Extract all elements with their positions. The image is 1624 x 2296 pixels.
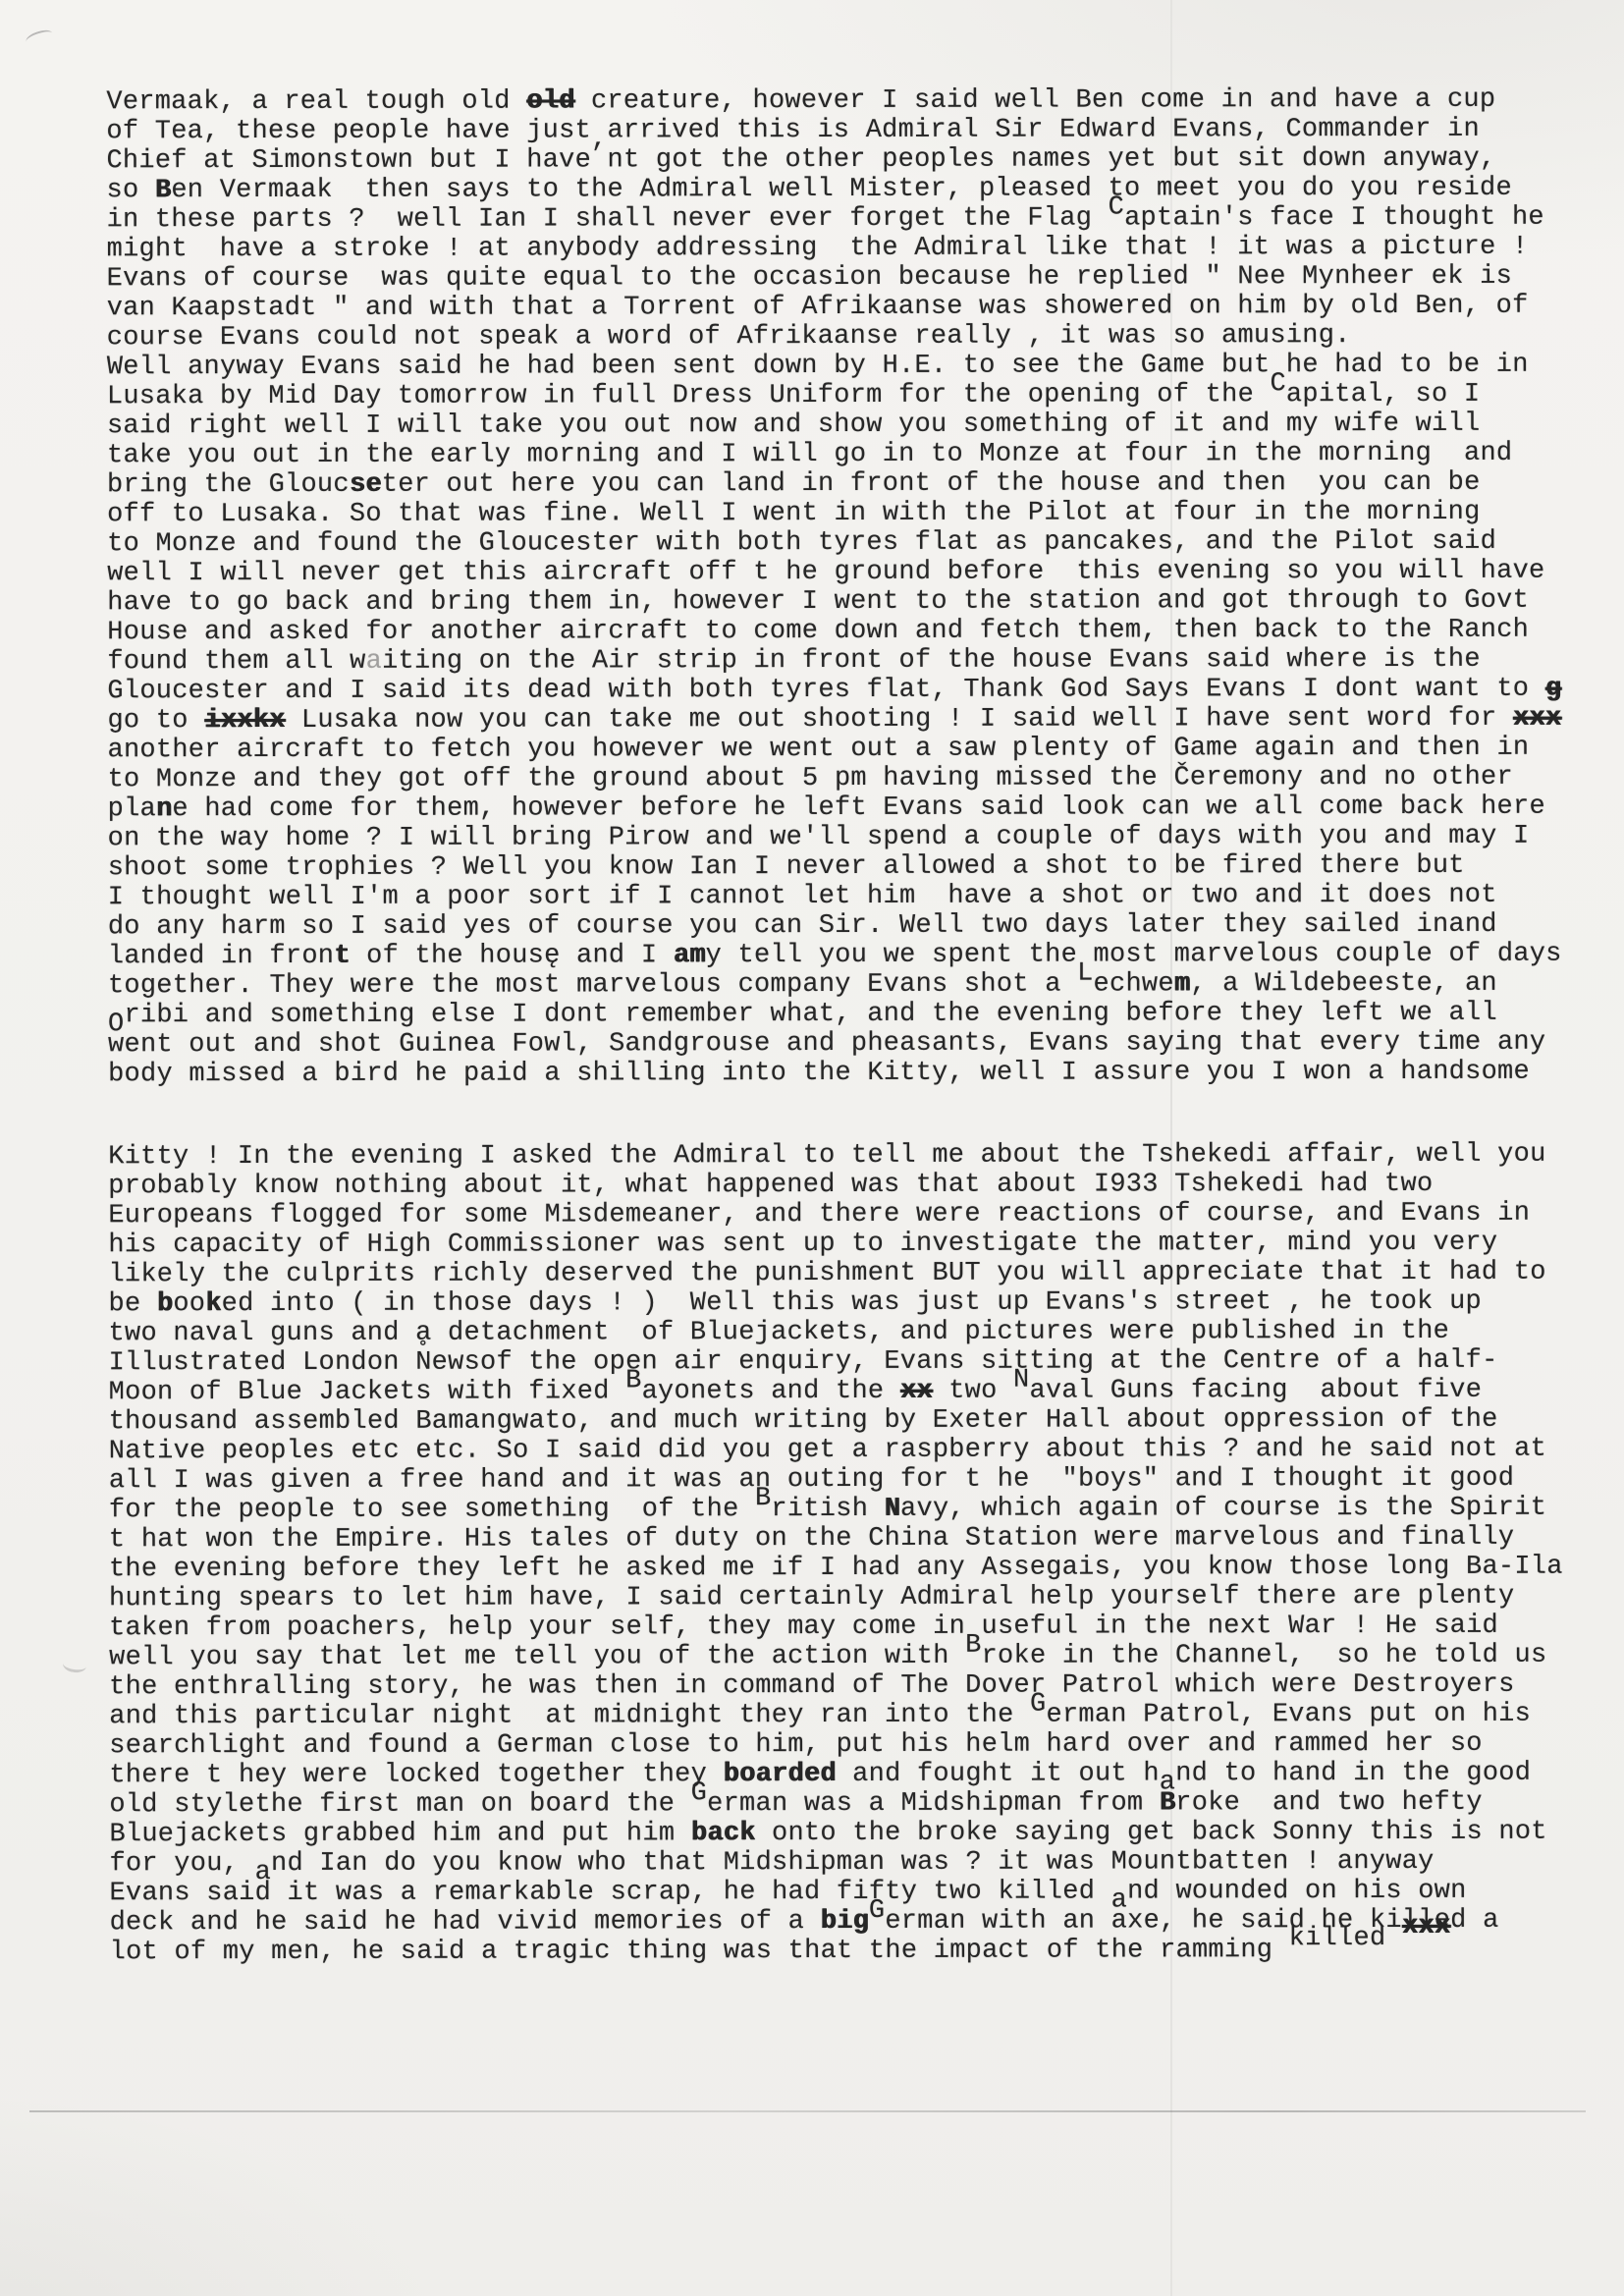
- text-segment: bring the Glouc: [107, 470, 350, 500]
- text-segment: for you,: [109, 1849, 254, 1879]
- text-line: the enthralling story, he was then in co…: [109, 1670, 1563, 1703]
- text-line: I thought well I'm a poor sort if I cann…: [108, 881, 1562, 913]
- text-segment: there t hey were locked together they: [109, 1760, 723, 1790]
- text-segment: boarded: [724, 1760, 837, 1789]
- text-segment: off to Lusaka. So that was fine. Well I …: [107, 498, 1481, 529]
- text-segment: landed in fron: [108, 942, 334, 971]
- text-segment: Gloucester and I said its dead with both…: [107, 675, 1544, 707]
- text-segment: for the people to see something of the: [109, 1495, 755, 1525]
- text-segment: ayonets and the: [642, 1377, 900, 1406]
- text-line: all I was given a free hand and it was a…: [109, 1464, 1563, 1497]
- text-segment: , a Wildebeeste, an: [1190, 969, 1497, 1000]
- text-segment: be: [108, 1289, 156, 1319]
- text-segment: se: [350, 470, 382, 500]
- text-segment: echwe: [1094, 969, 1174, 999]
- text-segment: G: [1030, 1690, 1047, 1720]
- text-line: for the people to see something of the B…: [109, 1494, 1563, 1526]
- text-segment: apital, so I: [1286, 380, 1480, 410]
- text-line: have to go back and bring them in, howev…: [107, 586, 1561, 619]
- text-line: Bluejackets grabbed him and put him back…: [109, 1818, 1563, 1850]
- text-line: Kitty ! In the evening I asked the Admir…: [108, 1140, 1562, 1173]
- text-line: be booked into ( in those days ! ) Well …: [108, 1287, 1562, 1320]
- text-segment: said right well I will take you out now …: [107, 410, 1481, 441]
- text-segment: a: [366, 647, 383, 677]
- text-segment: back: [691, 1819, 756, 1848]
- text-segment: b: [157, 1289, 174, 1319]
- text-segment: iting on the Air strip in front of the h…: [382, 645, 1481, 677]
- text-segment: ter out here you can land in front of th…: [382, 468, 1481, 500]
- text-segment: oo: [173, 1289, 205, 1319]
- text-line: found them all waiting on the Air strip …: [107, 645, 1561, 678]
- paragraph-1: Vermaak, a real tough old old creature, …: [106, 85, 1562, 1090]
- text-segment: m: [1174, 969, 1191, 999]
- text-line: in these parts ? well Ian I shall never …: [107, 203, 1561, 236]
- text-segment: course Evans could not speak a word of A…: [107, 321, 1351, 353]
- text-segment: B: [625, 1366, 642, 1395]
- text-segment: taken from poachers, help your self, the…: [109, 1612, 1498, 1643]
- text-line: of Tea, these people have just,arrived t…: [106, 115, 1560, 147]
- text-segment: Chief at Simonstown but I have nt got th…: [106, 144, 1495, 176]
- text-segment: killed: [1289, 1924, 1386, 1953]
- text-line: there t hey were locked together they bo…: [109, 1759, 1563, 1791]
- text-line: to Monze and found the Gloucester with b…: [107, 527, 1561, 560]
- text-segment: n: [156, 794, 173, 824]
- text-line: taken from poachers, help your self, the…: [109, 1612, 1563, 1644]
- text-line: shoot some trophies ? Well you know Ian …: [108, 851, 1562, 884]
- text-segment: creature, however I said well Ben come i…: [574, 85, 1495, 117]
- horizontal-crease-line: [29, 2110, 1586, 2112]
- text-line: van Kaapstadt " and with that a Torrent …: [107, 292, 1561, 324]
- text-segment: Native peoples etc etc. So I said did yo…: [109, 1435, 1546, 1467]
- text-line: Oribi and something else I dont remember…: [108, 999, 1562, 1031]
- text-line: Europeans flogged for some Misdemeaner, …: [108, 1199, 1562, 1231]
- text-segment: body missed a bird he paid a shilling in…: [108, 1058, 1530, 1090]
- text-segment: thousand assembled Bamangwato, and much …: [109, 1405, 1498, 1437]
- text-segment: pla: [108, 794, 156, 824]
- text-segment: ixxkx: [204, 706, 285, 736]
- text-segment: shoot some trophies ? Well you know Ian …: [108, 851, 1465, 883]
- text-segment: L: [1077, 959, 1094, 989]
- margin-smudge: [62, 1656, 87, 1673]
- text-segment: aptain's face I thought he: [1124, 203, 1544, 234]
- text-segment: avy, which again of course is the Spirit: [900, 1494, 1546, 1524]
- text-segment: N: [1013, 1366, 1030, 1395]
- text-segment: well I will never get this aircraft off …: [107, 557, 1544, 589]
- text-segment: found them all w: [107, 647, 365, 677]
- text-segment: ed into ( in those days ! ) Well this wa…: [222, 1287, 1482, 1319]
- text-segment: a: [1111, 1886, 1128, 1915]
- text-segment: t: [334, 942, 351, 971]
- text-line: for you, and Ian do you know who that Mi…: [109, 1847, 1563, 1880]
- text-segment: a: [255, 1858, 272, 1887]
- text-segment: went out and shot Guinea Fowl, Sandgrous…: [108, 1028, 1545, 1061]
- text-line: said right well I will take you out now …: [107, 410, 1561, 442]
- text-segment: Illustrated London Newsof the open air e…: [109, 1346, 1498, 1378]
- text-segment: lot of my men, he said a tragic thing wa…: [110, 1936, 1289, 1967]
- text-segment: and this particular night at midnight th…: [109, 1701, 1030, 1732]
- text-segment: B: [155, 176, 172, 205]
- paragraph-2: Kitty ! In the evening I asked the Admir…: [108, 1140, 1563, 1968]
- text-segment: House and asked for another aircraft to …: [107, 616, 1529, 648]
- text-line: old stylethe first man on board the Germ…: [109, 1788, 1563, 1821]
- text-line: Evans said it was a remarkable scrap, he…: [110, 1877, 1564, 1909]
- text-line: on the way home ? I will bring Pirow and…: [108, 822, 1562, 854]
- text-segment: in these parts ? well Ian I shall never …: [107, 204, 1109, 236]
- text-segment: likely the culprits richly deserved the …: [108, 1258, 1545, 1290]
- text-line: to Monze and they got off the ground abo…: [108, 763, 1562, 795]
- text-segment: probably know nothing about it, what hap…: [108, 1170, 1433, 1201]
- text-segment: searchlight and found a German close to …: [109, 1729, 1483, 1761]
- text-segment: G: [691, 1778, 708, 1808]
- text-segment: old: [526, 86, 574, 116]
- text-segment: old stylethe first man on board the: [109, 1789, 690, 1820]
- text-segment: C: [1270, 369, 1286, 399]
- text-line: Lusaka by Mid Day tomorrow in full Dress…: [107, 380, 1561, 412]
- text-line: Vermaak, a real tough old old creature, …: [106, 85, 1560, 118]
- text-line: take you out in the early morning and I …: [107, 439, 1561, 471]
- text-segment: big: [820, 1907, 868, 1937]
- scanned-page: Vermaak, a real tough old old creature, …: [0, 0, 1624, 2296]
- text-segment: aval Guns facing about five: [1029, 1376, 1482, 1406]
- text-segment: so: [106, 176, 154, 205]
- text-line: go to ixxkx Lusaka now you can take me o…: [107, 704, 1561, 737]
- text-segment: arrived this is Admiral Sir Edward Evans…: [607, 115, 1480, 146]
- text-segment: take you out in the early morning and I …: [107, 439, 1512, 470]
- text-segment: xxx: [1402, 1912, 1450, 1941]
- text-segment: e had come for them, however before he l…: [172, 793, 1545, 824]
- text-line: Illustrated London Newsof the open air e…: [109, 1346, 1563, 1379]
- pencil-mark: [25, 27, 54, 47]
- text-segment: hunting spears to let him have, I said c…: [109, 1582, 1514, 1613]
- text-segment: O: [108, 1010, 125, 1039]
- text-line: Chief at Simonstown but I have nt got th…: [106, 144, 1560, 177]
- text-segment: g: [1545, 675, 1562, 704]
- text-segment: ritish: [771, 1495, 884, 1524]
- text-segment: Moon of Blue Jackets with fixed: [109, 1377, 626, 1407]
- text-segment: t hat won the Empire. His tales of duty …: [109, 1523, 1514, 1555]
- text-segment: onto the broke saying get back Sonny thi…: [756, 1818, 1547, 1848]
- text-segment: G: [869, 1896, 886, 1926]
- text-line: House and asked for another aircraft to …: [107, 616, 1561, 648]
- text-line: landed in front of the housę and I amy t…: [108, 940, 1562, 972]
- text-line: together. They were the most marvelous c…: [108, 969, 1562, 1002]
- text-segment: and fought it out h: [837, 1759, 1160, 1789]
- text-segment: the evening before they left he asked me…: [109, 1553, 1563, 1585]
- text-segment: two: [933, 1377, 1013, 1406]
- text-segment: Lusaka now you can take me out shooting …: [285, 704, 1512, 736]
- text-segment: of the housę and I: [351, 941, 674, 971]
- text-segment: the enthralling story, he was then in co…: [109, 1670, 1514, 1702]
- text-segment: two naval guns and ḁ detachment of Bluej…: [109, 1317, 1450, 1348]
- text-line: body missed a bird he paid a shilling in…: [108, 1058, 1562, 1090]
- text-segment: his capacity of High Commissioner was se…: [108, 1229, 1497, 1260]
- typewritten-text: Vermaak, a real tough old old creature, …: [106, 85, 1563, 1968]
- text-segment: k: [205, 1289, 222, 1319]
- text-line: might have a stroke ! at anybody address…: [107, 233, 1561, 265]
- text-segment: ,: [591, 125, 608, 154]
- text-segment: van Kaapstadt " and with that a Torrent …: [107, 292, 1529, 324]
- text-line: Evans of course was quite equal to the o…: [107, 262, 1561, 295]
- text-line: Native peoples etc etc. So I said did yo…: [109, 1435, 1563, 1467]
- text-segment: to Monze and they got off the ground abo…: [108, 763, 1513, 794]
- text-segment: Bluejackets grabbed him and put him: [109, 1819, 690, 1849]
- text-segment: N: [885, 1495, 901, 1524]
- text-line: so Ben Vermaak then says to the Admiral …: [106, 174, 1560, 206]
- text-segment: B: [755, 1484, 772, 1513]
- text-line: another aircraft to fetch you however we…: [107, 734, 1561, 766]
- text-segment: all I was given a free hand and it was a…: [109, 1464, 1514, 1496]
- text-line: bring the Gloucseter out here you can la…: [107, 468, 1561, 501]
- text-segment: nd to hand in the good: [1175, 1759, 1531, 1789]
- text-segment: roke and two hefty: [1175, 1788, 1483, 1819]
- text-segment: B: [965, 1631, 982, 1661]
- text-segment: have to go back and bring them in, howev…: [107, 586, 1529, 619]
- text-line: t hat won the Empire. His tales of duty …: [109, 1523, 1563, 1556]
- text-segment: a: [1160, 1768, 1176, 1797]
- text-segment: xxx: [1513, 704, 1561, 734]
- text-line: thousand assembled Bamangwato, and much …: [109, 1405, 1563, 1438]
- text-segment: another aircraft to fetch you however we…: [107, 734, 1529, 766]
- text-segment: deck and he said he had vivid memories o…: [110, 1907, 821, 1938]
- text-line: went out and shot Guinea Fowl, Sandgrous…: [108, 1028, 1562, 1061]
- text-segment: Vermaak, a real tough old: [106, 87, 526, 118]
- text-line: the evening before they left he asked me…: [109, 1553, 1563, 1585]
- text-line: do any harm so I said yes of course you …: [108, 910, 1562, 943]
- text-segment: Lusaka by Mid Day tomorrow in full Dress…: [107, 380, 1271, 411]
- text-line: off to Lusaka. So that was fine. Well I …: [107, 498, 1561, 530]
- text-line: his capacity of High Commissioner was se…: [108, 1229, 1562, 1261]
- text-segment: C: [1109, 192, 1125, 222]
- text-segment: of Tea, these people have just: [106, 116, 591, 146]
- text-segment: I thought well I'm a poor sort if I cann…: [108, 881, 1497, 912]
- text-segment: xx: [900, 1377, 933, 1406]
- text-line: hunting spears to let him have, I said c…: [109, 1582, 1563, 1614]
- text-segment: nd Ian do you know who that Midshipman w…: [271, 1847, 1435, 1879]
- text-segment: well you say that let me tell you of the…: [109, 1642, 965, 1673]
- text-segment: [1385, 1924, 1402, 1953]
- text-line: two naval guns and ḁ detachment of Bluej…: [109, 1317, 1563, 1349]
- text-segment: Evans of course was quite equal to the o…: [107, 262, 1512, 294]
- text-segment: Well anyway Evans said he had been sent …: [107, 351, 1529, 383]
- text-segment: Kitty ! In the evening I asked the Admir…: [108, 1140, 1545, 1173]
- text-line: lot of my men, he said a tragic thing wa…: [110, 1936, 1564, 1968]
- text-segment: together. They were the most marvelous c…: [108, 970, 1077, 1002]
- text-segment: do any harm so I said yes of course you …: [108, 910, 1497, 942]
- text-segment: nd wounded on his own: [1127, 1877, 1467, 1907]
- text-line: Gloucester and I said its dead with both…: [107, 675, 1561, 707]
- text-line: course Evans could not speak a word of A…: [107, 321, 1561, 354]
- text-line: well I will never get this aircraft off …: [107, 557, 1561, 589]
- text-segment: to Monze and found the Gloucester with b…: [107, 527, 1496, 559]
- text-line: Moon of Blue Jackets with fixed Bayonets…: [109, 1376, 1563, 1408]
- text-segment: erman was a Midshipman from: [707, 1788, 1160, 1819]
- text-segment: Europeans flogged for some Misdemeaner, …: [108, 1199, 1530, 1231]
- text-segment: y tell you we spent the most marvelous c…: [706, 940, 1562, 971]
- text-segment: go to: [107, 706, 204, 736]
- text-segment: ribi and something else I dont remember …: [124, 999, 1497, 1030]
- text-line: probably know nothing about it, what hap…: [108, 1170, 1562, 1202]
- text-segment: am: [674, 941, 706, 970]
- text-segment: en Vermaak then says to the Admiral well…: [171, 174, 1512, 205]
- text-segment: erman Patrol, Evans put on his: [1046, 1700, 1531, 1730]
- text-line: Well anyway Evans said he had been sent …: [107, 351, 1561, 383]
- text-line: well you say that let me tell you of the…: [109, 1641, 1563, 1673]
- text-segment: might have a stroke ! at anybody address…: [107, 233, 1529, 265]
- text-line: and this particular night at midnight th…: [109, 1700, 1563, 1732]
- text-segment: roke in the Channel, so he told us: [982, 1641, 1547, 1671]
- text-line: plane had come for them, however before …: [108, 793, 1562, 825]
- text-line: searchlight and found a German close to …: [109, 1729, 1563, 1762]
- text-segment: on the way home ? I will bring Pirow and…: [108, 822, 1530, 854]
- text-line: likely the culprits richly deserved the …: [108, 1258, 1562, 1290]
